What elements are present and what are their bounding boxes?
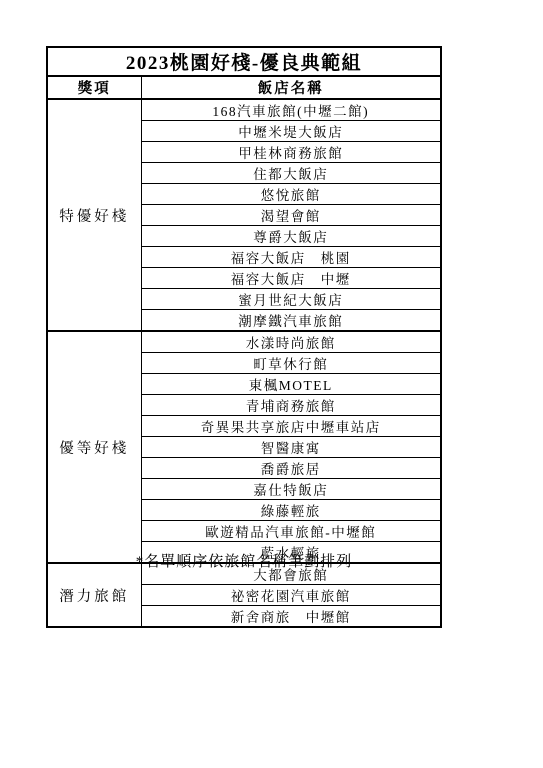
hotel-name-cell: 歐遊精品汽車旅館-中壢館 <box>141 521 441 542</box>
award-category-cell: 潛力旅館 <box>47 563 141 627</box>
hotel-name-cell: 町草休行館 <box>141 353 441 374</box>
hotel-name-cell: 渴望會館 <box>141 205 441 226</box>
hotel-name-cell: 福容大飯店 中壢 <box>141 268 441 289</box>
table-title: 2023桃園好棧-優良典範組 <box>47 47 441 76</box>
hotel-name-cell: 東楓MOTEL <box>141 374 441 395</box>
hotel-name-cell: 祕密花園汽車旅館 <box>141 585 441 606</box>
award-category-cell: 優等好棧 <box>47 331 141 563</box>
hotel-name-cell: 蜜月世紀大飯店 <box>141 289 441 310</box>
hotel-name-cell: 悠悅旅館 <box>141 184 441 205</box>
hotel-name-cell: 奇異果共享旅店中壢車站店 <box>141 416 441 437</box>
hotel-name-cell: 潮摩鐵汽車旅館 <box>141 310 441 332</box>
hotel-name-cell: 中壢米堤大飯店 <box>141 121 441 142</box>
hotel-name-cell: 喬爵旅居 <box>141 458 441 479</box>
hotel-name-cell: 智醫康寓 <box>141 437 441 458</box>
hotel-name-cell: 水漾時尚旅館 <box>141 331 441 353</box>
hotel-name-cell: 嘉仕特飯店 <box>141 479 441 500</box>
column-header-award: 獎項 <box>47 76 141 99</box>
header-row: 獎項 飯店名稱 <box>47 76 441 99</box>
hotel-name-cell: 尊爵大飯店 <box>141 226 441 247</box>
column-header-hotel: 飯店名稱 <box>141 76 441 99</box>
table-row: 優等好棧水漾時尚旅館 <box>47 331 441 353</box>
hotel-name-cell: 綠藤輕旅 <box>141 500 441 521</box>
hotel-name-cell: 甲桂林商務旅館 <box>141 142 441 163</box>
document-page: 2023桃園好棧-優良典範組 獎項 飯店名稱 特優好棧168汽車旅館(中壢二館)… <box>0 0 543 768</box>
hotel-name-cell: 福容大飯店 桃園 <box>141 247 441 268</box>
hotel-name-cell: 新舍商旅 中壢館 <box>141 606 441 628</box>
hotel-name-cell: 住都大飯店 <box>141 163 441 184</box>
title-row: 2023桃園好棧-優良典範組 <box>47 47 441 76</box>
award-table: 2023桃園好棧-優良典範組 獎項 飯店名稱 特優好棧168汽車旅館(中壢二館)… <box>46 46 442 628</box>
hotel-name-cell: 青埔商務旅館 <box>141 395 441 416</box>
table-row: 特優好棧168汽車旅館(中壢二館) <box>47 99 441 121</box>
award-category-cell: 特優好棧 <box>47 99 141 331</box>
hotel-name-cell: 168汽車旅館(中壢二館) <box>141 99 441 121</box>
footnote: *名單順序依旅館名稱筆劃排列 <box>46 550 442 571</box>
